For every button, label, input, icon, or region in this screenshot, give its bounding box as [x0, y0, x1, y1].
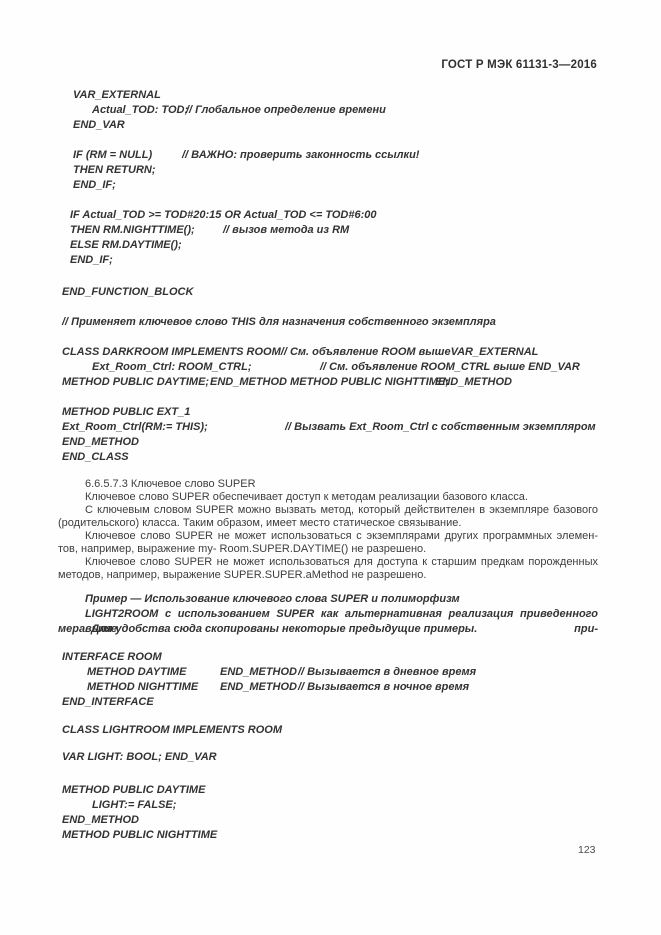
code-line: ELSE RM.DAYTIME();: [0, 238, 661, 253]
code-line: // Применяет ключевое слово THIS для наз…: [0, 315, 661, 330]
code-text: CLASS LIGHTROOM IMPLEMENTS ROOM: [62, 723, 282, 737]
code-line: END_IF;: [0, 253, 661, 268]
code-line: INTERFACE ROOM: [0, 650, 661, 665]
code-line: Actual_TOD: TOD;// Глобальное определени…: [0, 103, 661, 118]
code-line: METHOD NIGHTTIMEEND_METHOD// Вызывается …: [0, 680, 661, 695]
code-text: LIGHT:= FALSE;: [92, 798, 176, 812]
body-text-line: Ключевое слово SUPER не может использова…: [58, 556, 598, 569]
code-line: END_FUNCTION_BLOCK: [0, 285, 661, 300]
code-text: Actual_TOD: TOD;: [92, 103, 188, 117]
code-text: END_CLASS: [62, 450, 129, 464]
code-block-end-function-block: END_FUNCTION_BLOCK: [0, 285, 661, 300]
code-text: METHOD PUBLIC DAYTIME: [62, 783, 205, 797]
example-text-line: LIGHT2ROOM с использованием SUPER как ал…: [58, 607, 598, 622]
code-text: IF Actual_TOD >= TOD#20:15 OR Actual_TOD…: [70, 208, 377, 222]
code-line: END_CLASS: [0, 450, 661, 465]
code-text: VAR LIGHT: BOOL; END_VAR: [62, 750, 217, 764]
code-line: METHOD PUBLIC DAYTIME;END_METHOD METHOD …: [0, 375, 661, 390]
code-block-lightroom-methods: METHOD PUBLIC DAYTIMELIGHT:= FALSE;END_M…: [0, 783, 661, 843]
code-line: THEN RM.NIGHTTIME();// вызов метода из R…: [0, 223, 661, 238]
code-line: METHOD PUBLIC EXT_1: [0, 405, 661, 420]
code-line: END_METHOD: [0, 435, 661, 450]
code-comment: // вызов метода из RM: [223, 223, 349, 237]
code-comment: // Вызывается в ночное время: [298, 680, 469, 694]
code-text: METHOD PUBLIC NIGHTTIME: [62, 828, 217, 842]
code-text: CLASS DARKROOM IMPLEMENTS ROOM// См. объ…: [62, 345, 538, 359]
code-text: END_VAR: [73, 118, 125, 132]
code-line: END_METHOD: [0, 813, 661, 828]
code-text: IF (RM = NULL): [73, 148, 152, 162]
code-text: INTERFACE ROOM: [62, 650, 162, 664]
code-block-var-light: VAR LIGHT: BOOL; END_VAR: [0, 750, 661, 765]
code-line: VAR LIGHT: BOOL; END_VAR: [0, 750, 661, 765]
code-line: END_INTERFACE: [0, 695, 661, 710]
code-comment: // Вызывается в дневное время: [298, 665, 476, 679]
code-text: END_INTERFACE: [62, 695, 154, 709]
doc-header-standard-code: ГОСТ Р МЭК 61131-3—2016: [0, 59, 597, 71]
code-line: CLASS DARKROOM IMPLEMENTS ROOM// См. объ…: [0, 345, 661, 360]
code-comment: // Вызвать Ext_Room_Ctrl с собственным э…: [285, 420, 596, 434]
code-text: END_METHOD: [62, 435, 139, 449]
code-block-if-tod: IF Actual_TOD >= TOD#20:15 OR Actual_TOD…: [0, 208, 661, 268]
code-block-class-lightroom: CLASS LIGHTROOM IMPLEMENTS ROOM: [0, 723, 661, 738]
code-line: METHOD PUBLIC DAYTIME: [0, 783, 661, 798]
code-comment: // Применяет ключевое слово THIS для наз…: [62, 315, 496, 329]
body-text-line: Ключевое слово SUPER не может использова…: [58, 530, 598, 543]
code-text: Ext_Room_Ctrl: ROOM_CTRL;: [92, 360, 252, 374]
code-text: THEN RM.NIGHTTIME();: [70, 223, 195, 237]
code-text: VAR_EXTERNAL: [73, 88, 161, 102]
code-line: THEN RETURN;: [0, 163, 661, 178]
body-text-line: 6.6.5.7.3 Ключевое слово SUPER: [58, 478, 598, 491]
code-block-method-ext1: METHOD PUBLIC EXT_1Ext_Room_Ctrl(RM:= TH…: [0, 405, 661, 465]
code-text: END_METHOD: [435, 375, 512, 389]
code-line: END_VAR: [0, 118, 661, 133]
code-text: END_IF;: [73, 178, 116, 192]
code-line: CLASS LIGHTROOM IMPLEMENTS ROOM: [0, 723, 661, 738]
document-page: ГОСТ Р МЭК 61131-3—2016 VAR_EXTERNALActu…: [0, 0, 661, 935]
code-line: END_IF;: [0, 178, 661, 193]
code-line: METHOD DAYTIMEEND_METHOD// Вызывается в …: [0, 665, 661, 680]
code-text: END_METHOD: [220, 665, 297, 679]
body-text-line: Ключевое слово SUPER обеспечивает доступ…: [58, 491, 598, 504]
code-block-this-comment: // Применяет ключевое слово THIS для наз…: [0, 315, 661, 330]
page-number: 123: [578, 844, 596, 856]
code-line: METHOD PUBLIC NIGHTTIME: [0, 828, 661, 843]
code-text: METHOD PUBLIC EXT_1: [62, 405, 190, 419]
code-comment: // См. объявление ROOM_CTRL выше END_VAR: [320, 360, 580, 374]
code-block-interface-room: INTERFACE ROOMMETHOD DAYTIMEEND_METHOD//…: [0, 650, 661, 710]
code-text: END_METHOD METHOD PUBLIC NIGHTTIME;: [210, 375, 449, 389]
body-text-line: методов, например, выражение SUPER.SUPER…: [58, 569, 598, 582]
code-text: METHOD PUBLIC DAYTIME;: [62, 375, 209, 389]
code-block-if-null-check: IF (RM = NULL)// ВАЖНО: проверить законн…: [0, 148, 661, 193]
body-text-line: (родительского) класса. Таким образом, и…: [58, 517, 598, 530]
code-line: IF Actual_TOD >= TOD#20:15 OR Actual_TOD…: [0, 208, 661, 223]
example-paragraph: Пример — Использование ключевого слова S…: [58, 592, 598, 637]
code-comment: // ВАЖНО: проверить законность ссылки!: [182, 148, 419, 162]
code-text: END_IF;: [70, 253, 113, 267]
code-line: VAR_EXTERNAL: [0, 88, 661, 103]
code-line: Ext_Room_Ctrl: ROOM_CTRL;// См. объявлен…: [0, 360, 661, 375]
body-text-line: тов, например, выражение my- Room.SUPER.…: [58, 543, 598, 556]
code-block-var-external: VAR_EXTERNALActual_TOD: TOD;// Глобально…: [0, 88, 661, 133]
code-text: END_METHOD: [220, 680, 297, 694]
body-text-line: С ключевым словом SUPER можно вызвать ме…: [58, 504, 598, 517]
code-text: METHOD DAYTIME: [87, 665, 186, 679]
example-text-line: Пример — Использование ключевого слова S…: [58, 592, 598, 607]
code-comment: // Глобальное определение времени: [186, 103, 386, 117]
code-line: LIGHT:= FALSE;: [0, 798, 661, 813]
code-line: IF (RM = NULL)// ВАЖНО: проверить законн…: [0, 148, 661, 163]
code-text: ELSE RM.DAYTIME();: [70, 238, 182, 252]
code-text: METHOD NIGHTTIME: [87, 680, 198, 694]
code-text: END_FUNCTION_BLOCK: [62, 285, 193, 299]
code-text: THEN RETURN;: [73, 163, 156, 177]
code-block-class-darkroom: CLASS DARKROOM IMPLEMENTS ROOM// См. объ…: [0, 345, 661, 390]
code-line: Ext_Room_Ctrl(RM:= THIS);// Вызвать Ext_…: [0, 420, 661, 435]
code-text: Ext_Room_Ctrl(RM:= THIS);: [62, 420, 208, 434]
section-super-keyword: 6.6.5.7.3 Ключевое слово SUPERКлючевое с…: [58, 478, 598, 582]
code-text: END_METHOD: [62, 813, 139, 827]
